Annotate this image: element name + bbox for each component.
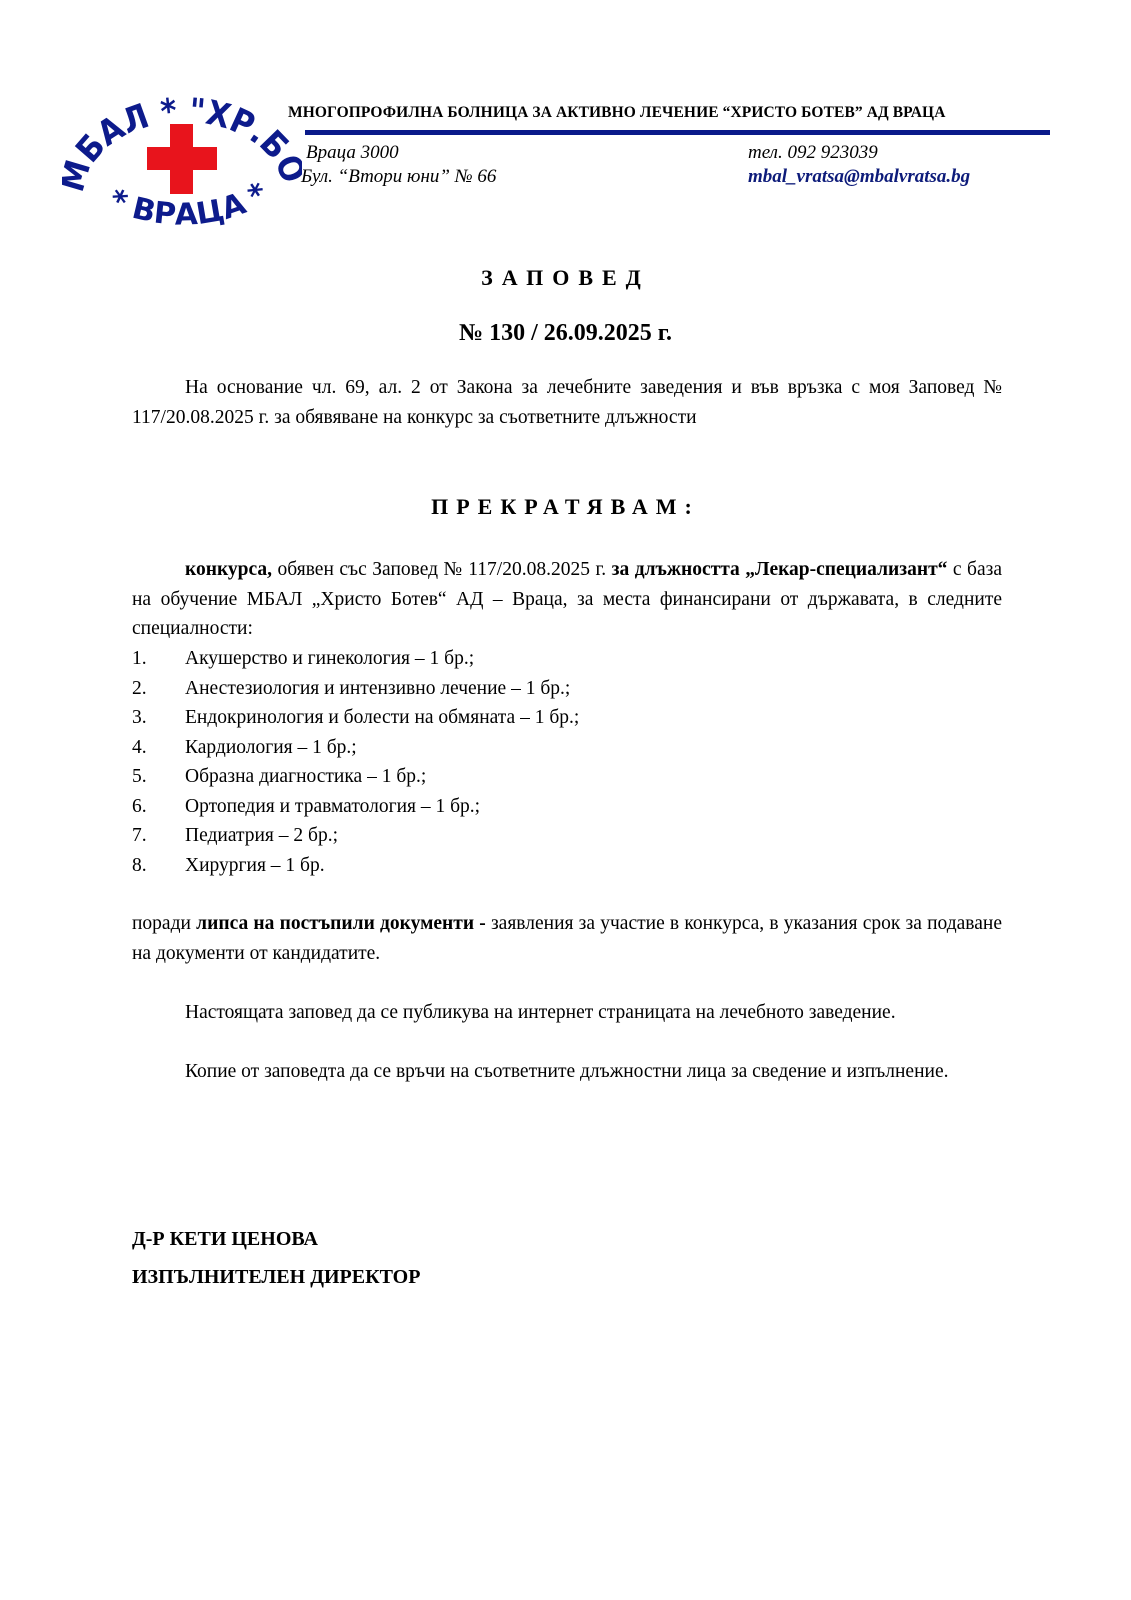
specialties-list: 1.Акушерство и гинекология – 1 бр.;2.Ане… [132,644,1002,880]
decision-bold-1: конкурса, [185,559,272,580]
list-item-text: Акушерство и гинекология – 1 бр.; [185,644,474,674]
address-street: Бул. “Втори юни” № 66 [301,166,496,188]
logo-ring-text: МБАЛ * "ХР.БОТЕВ"АД * ВРАЦА * [62,76,302,246]
list-item: 8.Хирургия – 1 бр. [132,851,1002,881]
list-item-number: 2. [132,674,185,704]
copy-paragraph: Копие от заповедта да се връчи на съотве… [132,1057,1002,1087]
organization-name: МНОГОПРОФИЛНА БОЛНИЦА ЗА АКТИВНО ЛЕЧЕНИЕ… [288,104,946,122]
list-item: 1.Акушерство и гинекология – 1 бр.; [132,644,1002,674]
list-item-text: Педиатрия – 2 бр.; [185,821,338,851]
signatory-name: Д-Р КЕТИ ЦЕНОВА [132,1228,318,1251]
list-item-number: 1. [132,644,185,674]
list-item-number: 5. [132,762,185,792]
decision-heading: ПРЕКРАТЯВАМ: [0,494,1131,520]
list-item-text: Анестезиология и интензивно лечение – 1 … [185,674,570,704]
reason-bold: липса на постъпили документи - [196,913,486,934]
list-item-text: Образна диагностика – 1 бр.; [185,762,426,792]
list-item: 3.Ендокринология и болести на обмяната –… [132,703,1002,733]
decision-paragraph: конкурса, обявен със Заповед № 117/20.08… [132,555,1002,644]
list-item-text: Хирургия – 1 бр. [185,851,325,881]
list-item: 4.Кардиология – 1 бр.; [132,733,1002,763]
address-city: Враца 3000 [306,142,399,164]
list-item-text: Кардиология – 1 бр.; [185,733,357,763]
decision-bold-2: за длъжността „Лекар-специализант“ [612,559,948,580]
hospital-logo: МБАЛ * "ХР.БОТЕВ"АД * ВРАЦА * [62,76,302,246]
list-item-number: 4. [132,733,185,763]
list-item: 6.Ортопедия и травматология – 1 бр.; [132,792,1002,822]
reason-paragraph: поради липса на постъпили документи - за… [132,909,1002,968]
list-item-text: Ендокринология и болести на обмяната – 1… [185,703,579,733]
list-item: 7.Педиатрия – 2 бр.; [132,821,1002,851]
decision-text-1: обявен със Заповед № 117/20.08.2025 г. [272,559,612,580]
header-divider [305,130,1050,135]
reason-text-1: поради [132,913,196,934]
intro-paragraph: На основание чл. 69, ал. 2 от Закона за … [132,373,1002,432]
list-item-number: 8. [132,851,185,881]
publish-paragraph: Настоящата заповед да се публикува на ин… [132,998,1002,1028]
list-item: 2.Анестезиология и интензивно лечение – … [132,674,1002,704]
signatory-position: ИЗПЪЛНИТЕЛЕН ДИРЕКТОР [132,1266,420,1289]
list-item-number: 3. [132,703,185,733]
red-cross-icon [147,124,217,194]
phone-number: тел. 092 923039 [748,142,878,164]
list-item-number: 7. [132,821,185,851]
list-item-number: 6. [132,792,185,822]
list-item: 5.Образна диагностика – 1 бр.; [132,762,1002,792]
list-item-text: Ортопедия и травматология – 1 бр.; [185,792,480,822]
email-link[interactable]: mbal_vratsa@mbalvratsa.bg [748,166,970,188]
document-title: ЗАПОВЕД [0,265,1131,291]
order-number: № 130 / 26.09.2025 г. [0,320,1131,347]
